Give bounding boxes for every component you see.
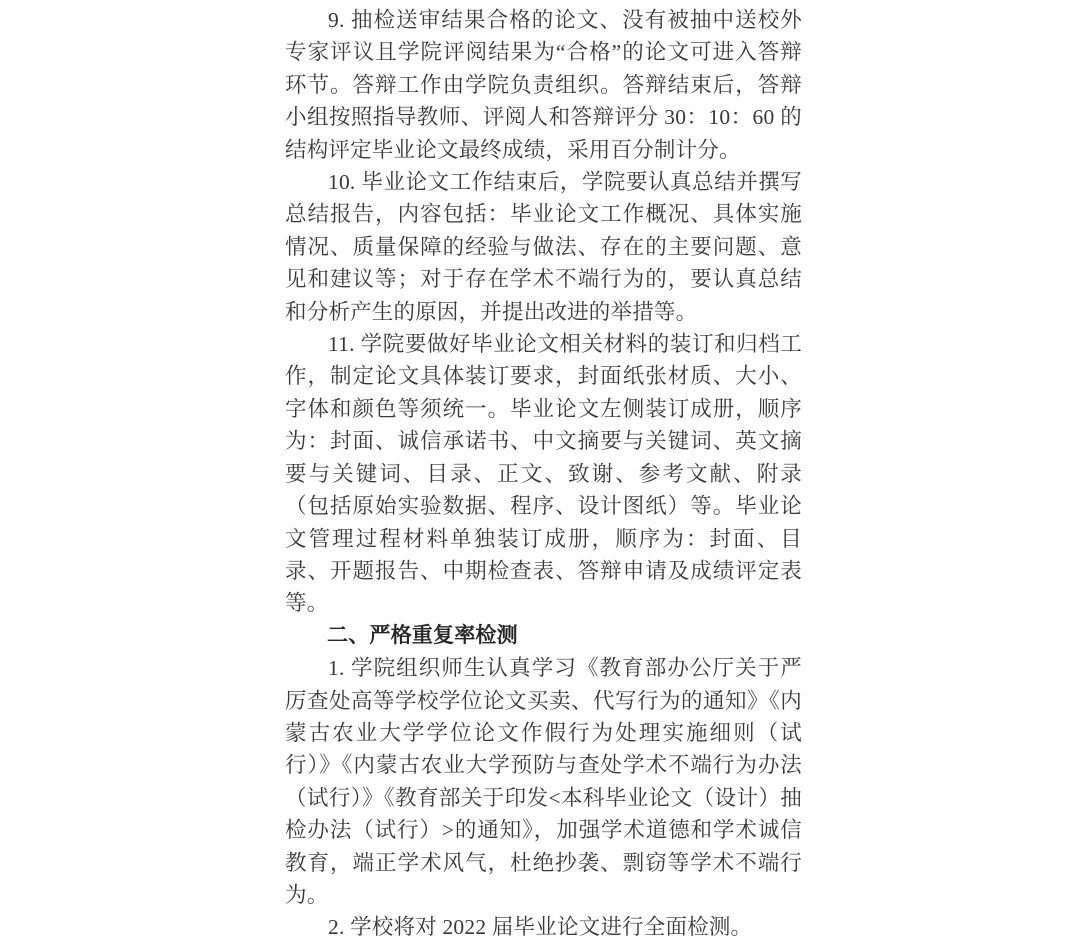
section-heading-duplicate-rate-check: 二、严格重复率检测	[285, 620, 802, 652]
paragraph-item-11: 11. 学院要做好毕业论文相关材料的装订和归档工作，制定论文具体装订要求，封面纸…	[285, 328, 802, 620]
paragraph-item-10: 10. 毕业论文工作结束后，学院要认真总结并撰写总结报告，内容包括：毕业论文工作…	[285, 166, 802, 328]
document-page: 9. 抽检送审结果合格的论文、没有被抽中送校外专家评议且学院评阅结果为“合格”的…	[0, 0, 1080, 757]
document-text-column: 9. 抽检送审结果合格的论文、没有被抽中送校外专家评议且学院评阅结果为“合格”的…	[285, 4, 802, 757]
paragraph-item-9: 9. 抽检送审结果合格的论文、没有被抽中送校外专家评议且学院评阅结果为“合格”的…	[285, 4, 802, 166]
paragraph-item-1: 1. 学院组织师生认真学习《教育部办公厅关于严厉查处高等学校学位论文买卖、代写行…	[285, 652, 802, 757]
